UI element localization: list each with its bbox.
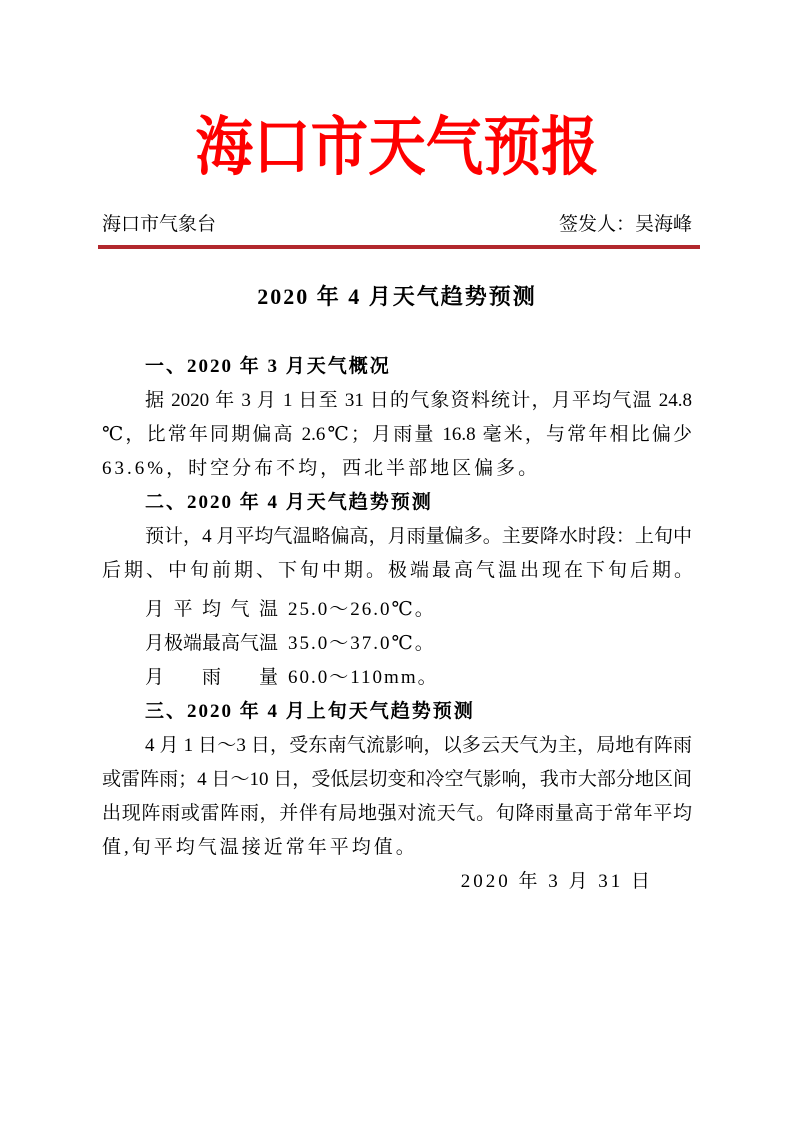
header-info-row: 海口市气象台 签发人：吴海峰 — [102, 214, 692, 236]
body-text-line: ℃，比常年同期偏高 2.6℃；月雨量 16.8 毫米，与常年相比偏少 — [102, 418, 692, 452]
body-text-line: 值,旬平均气温接近常年平均值。 — [102, 831, 692, 865]
body-text-line: 后期、中旬前期、下旬中期。极端最高气温出现在下旬后期。 — [102, 554, 692, 588]
spec-line: 月极端最高气温35.0～37.0℃。 — [102, 627, 692, 661]
document-content: 海口市天气预报 海口市气象台 签发人：吴海峰 2020 年 4 月天气趋势预测 … — [102, 0, 692, 899]
section-heading: 二、2020 年 4 月天气趋势预测 — [102, 486, 692, 520]
section-heading: 三、2020 年 4 月上旬天气趋势预测 — [102, 695, 692, 729]
spec-value: 60.0～110mm。 — [288, 661, 439, 695]
body-text-line: 4 月 1 日～3 日，受东南气流影响，以多云天气为主，局地有阵雨 — [102, 729, 692, 763]
document-page: 海口市天气预报 海口市气象台 签发人：吴海峰 2020 年 4 月天气趋势预测 … — [0, 0, 794, 1123]
spec-value: 25.0～26.0℃。 — [288, 593, 436, 627]
forecast-heading: 2020 年 4 月天气趋势预测 — [102, 285, 692, 309]
body-text-line: 或雷阵雨；4 日～10 日，受低层切变和冷空气影响，我市大部分地区间 — [102, 763, 692, 797]
red-divider-rule — [98, 245, 700, 249]
issue-date: 2020 年 3 月 31 日 — [102, 865, 692, 899]
spec-value: 35.0～37.0℃。 — [288, 627, 436, 661]
body-lines: 一、2020 年 3 月天气概况据 2020 年 3 月 1 日至 31 日的气… — [102, 350, 692, 865]
body-text-line: 据 2020 年 3 月 1 日至 31 日的气象资料统计，月平均气温 24.8 — [102, 384, 692, 418]
spec-line: 月雨量60.0～110mm。 — [102, 661, 692, 695]
issuer-name: 海口市气象台 — [102, 214, 216, 236]
signer-name: 签发人：吴海峰 — [559, 214, 692, 236]
spec-label: 月极端最高气温 — [145, 627, 278, 661]
spec-line: 月平均气温25.0～26.0℃。 — [102, 593, 692, 627]
spec-label: 月平均气温 — [145, 593, 278, 627]
body-text-line: 预计，4 月平均气温略偏高，月雨量偏多。主要降水时段：上旬中 — [102, 520, 692, 554]
body-text-line: 63.6%，时空分布不均，西北半部地区偏多。 — [102, 452, 692, 486]
spec-label: 月雨量 — [145, 661, 278, 695]
body-text-line: 出现阵雨或雷阵雨，并伴有局地强对流天气。旬降雨量高于常年平均 — [102, 797, 692, 831]
document-title: 海口市天气预报 — [132, 114, 663, 180]
section-heading: 一、2020 年 3 月天气概况 — [102, 350, 692, 384]
